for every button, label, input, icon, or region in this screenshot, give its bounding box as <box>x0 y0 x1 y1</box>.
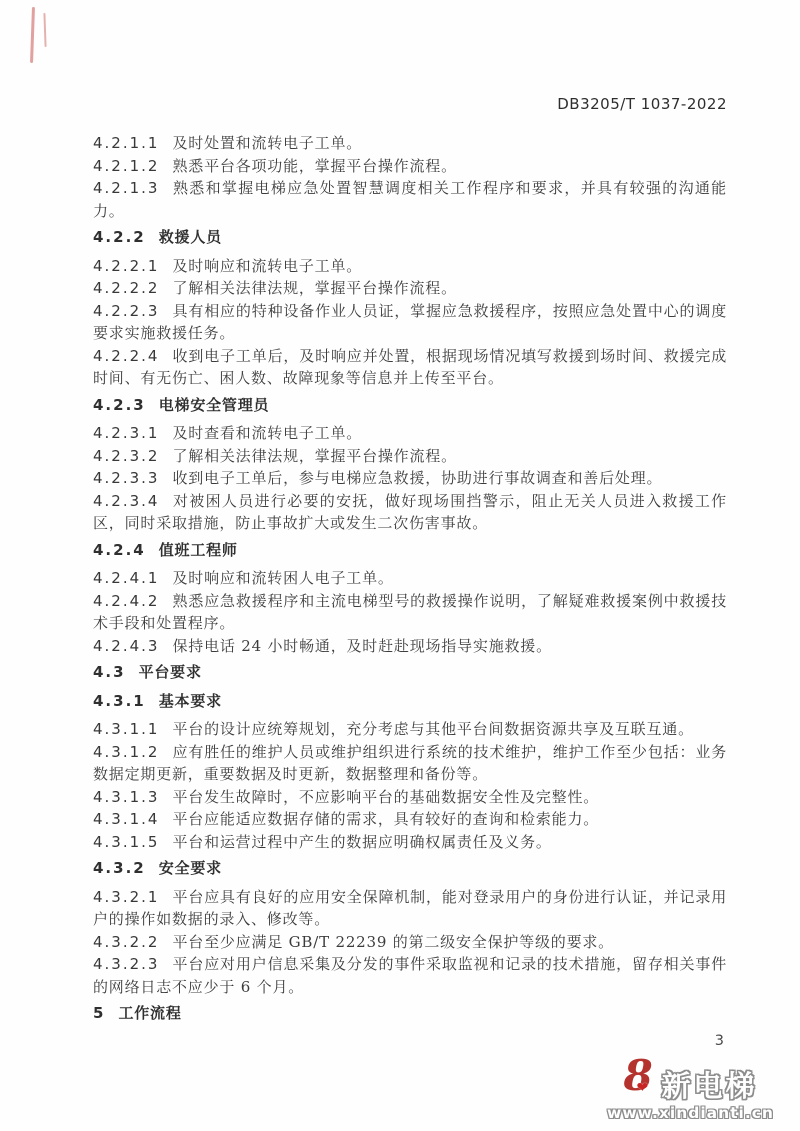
item-number: 4.3.1.1 <box>93 720 159 738</box>
item-number: 4.3.1.2 <box>93 743 159 761</box>
heading-4.2.4: 4.2.4值班工程师 <box>93 539 727 562</box>
clause-4.3.1.3: 4.3.1.3平台发生故障时，不应影响平台的基础数据安全性及完整性。 <box>93 786 727 809</box>
xindianti-logo-icon: 8 ❤ <box>623 1059 657 1101</box>
item-text: 对被困人员进行必要的安抚，做好现场围挡警示，阻止无关人员进入救援工作区，同时采取… <box>93 492 727 533</box>
clause-4.2.2.2: 4.2.2.2了解相关法律法规，掌握平台操作流程。 <box>93 277 727 300</box>
item-number: 4.3.1 <box>93 692 146 710</box>
clause-4.3.2.1: 4.3.2.1平台应具有良好的应用安全保障机制，能对登录用户的身份进行认证，并记… <box>93 886 727 931</box>
page-content: DB3205/T 1037-2022 4.2.1.1及时处置和流转电子工单。4.… <box>0 0 800 1025</box>
item-number: 4.2.1.2 <box>93 157 159 175</box>
clause-4.2.3.4: 4.2.3.4对被困人员进行必要的安抚，做好现场围挡警示，阻止无关人员进入救援工… <box>93 490 727 535</box>
clause-4.3.1.2: 4.3.1.2应有胜任的维护人员或维护组织进行系统的技术维护，维护工作至少包括：… <box>93 741 727 786</box>
clause-4.2.1.1: 4.2.1.1及时处置和流转电子工单。 <box>93 132 727 155</box>
item-text: 工作流程 <box>118 1004 181 1022</box>
heading-5: 5工作流程 <box>93 1002 727 1025</box>
clause-4.2.4.2: 4.2.4.2熟悉应急救援程序和主流电梯型号的救援操作说明，了解疑难救援案例中救… <box>93 590 727 635</box>
item-number: 4.2.4 <box>93 541 146 559</box>
item-number: 4.3.2.1 <box>93 888 159 906</box>
item-text: 收到电子工单后，及时响应并处置，根据现场情况填写救援到场时间、救援完成时间、有无… <box>93 347 727 388</box>
item-number: 4.2.2.1 <box>93 257 159 275</box>
item-text: 平台发生故障时，不应影响平台的基础数据安全性及完整性。 <box>172 788 599 806</box>
clause-4.3.1.5: 4.3.1.5平台和运营过程中产生的数据应明确权属责任及义务。 <box>93 831 727 854</box>
item-text: 基本要求 <box>159 692 222 710</box>
item-text: 应有胜任的维护人员或维护组织进行系统的技术维护，维护工作至少包括：业务数据定期更… <box>93 743 727 784</box>
item-number: 4.2.1.1 <box>93 134 159 152</box>
item-number: 4.2.4.1 <box>93 569 159 587</box>
item-number: 4.3.2.2 <box>93 933 159 951</box>
item-number: 4.2.4.2 <box>93 592 159 610</box>
item-text: 熟悉平台各项功能，掌握平台操作流程。 <box>172 157 456 175</box>
heading-4.3.1: 4.3.1基本要求 <box>93 690 727 713</box>
item-number: 4.2.2.4 <box>93 347 159 365</box>
item-number: 4.3.2.3 <box>93 955 159 973</box>
item-text: 熟悉应急救援程序和主流电梯型号的救援操作说明，了解疑难救援案例中救援技术手段和处… <box>93 592 727 633</box>
clause-4.2.3.1: 4.2.3.1及时查看和流转电子工单。 <box>93 422 727 445</box>
item-number: 4.2.3.2 <box>93 447 159 465</box>
clause-4.3.1.4: 4.3.1.4平台应能适应数据存储的需求，具有较好的查询和检索能力。 <box>93 808 727 831</box>
item-text: 保持电话 24 小时畅通，及时赶赴现场指导实施救援。 <box>172 637 551 655</box>
document-body: 4.2.1.1及时处置和流转电子工单。4.2.1.2熟悉平台各项功能，掌握平台操… <box>93 132 727 1025</box>
clause-4.2.2.3: 4.2.2.3具有相应的特种设备作业人员证，掌握应急救援程序，按照应急处置中心的… <box>93 300 727 345</box>
watermark-brand-row: 8 ❤ 新电梯 <box>593 1059 788 1101</box>
item-text: 及时响应和流转电子工单。 <box>172 257 362 275</box>
doc-code-header: DB3205/T 1037-2022 <box>93 94 727 114</box>
item-number: 4.2.2.3 <box>93 302 159 320</box>
item-number: 4.2.3 <box>93 396 146 414</box>
clause-4.2.4.1: 4.2.4.1及时响应和流转困人电子工单。 <box>93 567 727 590</box>
item-number: 4.2.3.3 <box>93 469 159 487</box>
item-number: 4.3.2 <box>93 859 146 877</box>
heart-icon: ❤ <box>636 1081 648 1095</box>
item-text: 平台要求 <box>139 663 202 681</box>
clause-4.2.2.1: 4.2.2.1及时响应和流转电子工单。 <box>93 255 727 278</box>
item-text: 平台和运营过程中产生的数据应明确权属责任及义务。 <box>172 833 551 851</box>
item-text: 救援人员 <box>159 228 222 246</box>
item-text: 及时响应和流转困人电子工单。 <box>172 569 393 587</box>
item-text: 平台应能适应数据存储的需求，具有较好的查询和检索能力。 <box>172 810 599 828</box>
heading-4.2.2: 4.2.2救援人员 <box>93 226 727 249</box>
item-number: 4.2.4.3 <box>93 637 159 655</box>
clause-4.2.3.3: 4.2.3.3收到电子工单后，参与电梯应急救援，协助进行事故调查和善后处理。 <box>93 467 727 490</box>
clause-4.2.1.3: 4.2.1.3熟悉和掌握电梯应急处置智慧调度相关工作程序和要求，并具有较强的沟通… <box>93 177 727 222</box>
clause-4.3.2.2: 4.3.2.2平台至少应满足 GB/T 22239 的第二级安全保护等级的要求。 <box>93 931 727 954</box>
item-text: 了解相关法律法规，掌握平台操作流程。 <box>172 279 456 297</box>
item-text: 平台应对用户信息采集及分发的事件采取监视和记录的技术措施，留存相关事件的网络日志… <box>93 955 727 996</box>
item-text: 值班工程师 <box>159 541 238 559</box>
clause-4.2.2.4: 4.2.2.4收到电子工单后，及时响应并处置，根据现场情况填写救援到场时间、救援… <box>93 345 727 390</box>
heading-4.3.2: 4.3.2安全要求 <box>93 857 727 880</box>
clause-4.3.2.3: 4.3.2.3平台应对用户信息采集及分发的事件采取监视和记录的技术措施，留存相关… <box>93 953 727 998</box>
watermark-url-text: www.xindianti.cn <box>593 1106 788 1122</box>
item-number: 4.3.1.5 <box>93 833 159 851</box>
item-text: 了解相关法律法规，掌握平台操作流程。 <box>172 447 456 465</box>
item-number: 4.2.1.3 <box>93 179 159 197</box>
item-text: 平台至少应满足 GB/T 22239 的第二级安全保护等级的要求。 <box>172 933 614 951</box>
clause-4.3.1.1: 4.3.1.1平台的设计应统筹规划，充分考虑与其他平台间数据资源共享及互联互通。 <box>93 718 727 741</box>
heading-4.3: 4.3平台要求 <box>93 661 727 684</box>
clause-4.2.1.2: 4.2.1.2熟悉平台各项功能，掌握平台操作流程。 <box>93 155 727 178</box>
item-number: 4.2.2 <box>93 228 146 246</box>
page-number: 3 <box>715 1033 724 1049</box>
item-number: 4.2.3.4 <box>93 492 159 510</box>
site-watermark: 8 ❤ 新电梯 www.xindianti.cn <box>593 1059 788 1122</box>
watermark-brand-text: 新电梯 <box>661 1072 757 1101</box>
item-text: 平台应具有良好的应用安全保障机制，能对登录用户的身份进行认证，并记录用户的操作如… <box>93 888 727 929</box>
item-text: 熟悉和掌握电梯应急处置智慧调度相关工作程序和要求，并具有较强的沟通能力。 <box>93 179 727 220</box>
item-text: 具有相应的特种设备作业人员证，掌握应急救援程序，按照应急处置中心的调度要求实施救… <box>93 302 727 343</box>
item-text: 安全要求 <box>159 859 222 877</box>
item-number: 4.3 <box>93 663 126 681</box>
item-number: 4.2.3.1 <box>93 424 159 442</box>
clause-4.2.4.3: 4.2.4.3保持电话 24 小时畅通，及时赶赴现场指导实施救援。 <box>93 635 727 658</box>
item-text: 电梯安全管理员 <box>159 396 270 414</box>
item-number: 4.3.1.3 <box>93 788 159 806</box>
item-text: 收到电子工单后，参与电梯应急救援，协助进行事故调查和善后处理。 <box>172 469 662 487</box>
item-text: 平台的设计应统筹规划，充分考虑与其他平台间数据资源共享及互联互通。 <box>172 720 693 738</box>
heading-4.2.3: 4.2.3电梯安全管理员 <box>93 394 727 417</box>
item-number: 4.3.1.4 <box>93 810 159 828</box>
document-page: DB3205/T 1037-2022 4.2.1.1及时处置和流转电子工单。4.… <box>0 0 800 1131</box>
item-text: 及时查看和流转电子工单。 <box>172 424 362 442</box>
item-number: 4.2.2.2 <box>93 279 159 297</box>
clause-4.2.3.2: 4.2.3.2了解相关法律法规，掌握平台操作流程。 <box>93 445 727 468</box>
item-number: 5 <box>93 1004 105 1022</box>
item-text: 及时处置和流转电子工单。 <box>172 134 362 152</box>
